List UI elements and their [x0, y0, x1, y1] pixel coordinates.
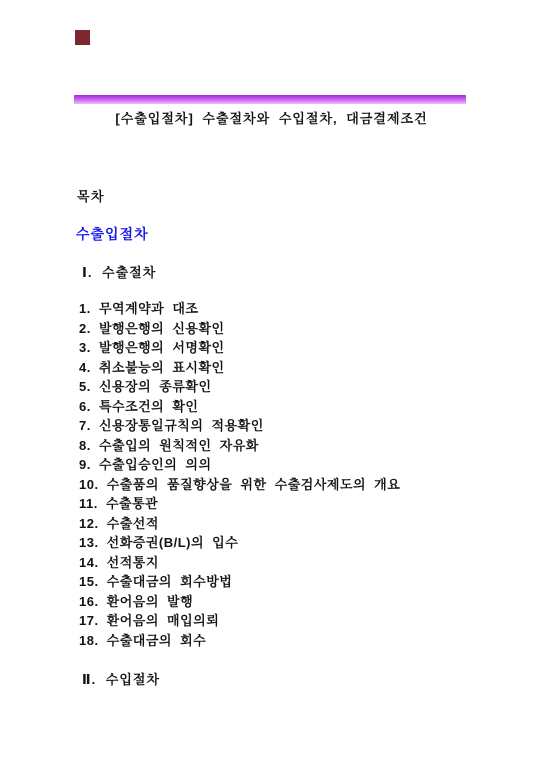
toc-item: 17. 환어음의 매입의뢰	[79, 611, 400, 631]
page-title: [수출입절차] 수출절차와 수입절차, 대금결제조건	[0, 108, 543, 127]
toc-item: 8. 수출입의 원칙적인 자유화	[79, 436, 400, 456]
toc-item: 18. 수출대금의 회수	[79, 631, 400, 651]
toc-item: 13. 선화증권(B/L)의 입수	[79, 533, 400, 553]
toc-item: 7. 신용장통일규칙의 적용확인	[79, 416, 400, 436]
toc-item: 12. 수출선적	[79, 514, 400, 534]
toc-item: 5. 신용장의 종류확인	[79, 377, 400, 397]
doc-link[interactable]: 수출입절차	[76, 224, 149, 244]
document-page: [수출입절차] 수출절차와 수입절차, 대금결제조건 목차 수출입절차 Ⅰ. 수…	[0, 0, 543, 768]
toc-heading: 목차	[77, 186, 105, 205]
toc-item: 6. 특수조건의 확인	[79, 397, 400, 417]
section-heading-import: Ⅱ. 수입절차	[82, 669, 160, 688]
corner-mark-square	[75, 30, 90, 45]
section-heading-export: Ⅰ. 수출절차	[82, 262, 156, 281]
toc-item: 1. 무역계약과 대조	[79, 299, 400, 319]
toc-item: 3. 발행은행의 서명확인	[79, 338, 400, 358]
toc-item: 10. 수출품의 품질향상을 위한 수출검사제도의 개요	[79, 475, 400, 495]
toc-item: 2. 발행은행의 신용확인	[79, 319, 400, 339]
toc-list: 1. 무역계약과 대조 2. 발행은행의 신용확인 3. 발행은행의 서명확인 …	[79, 299, 400, 650]
toc-item: 4. 취소불능의 표시확인	[79, 358, 400, 378]
toc-item: 15. 수출대금의 회수방법	[79, 572, 400, 592]
toc-item: 14. 선적통지	[79, 553, 400, 573]
divider-bar	[74, 95, 466, 104]
toc-item: 11. 수출통관	[79, 494, 400, 514]
toc-item: 16. 환어음의 발행	[79, 592, 400, 612]
toc-item: 9. 수출입승인의 의의	[79, 455, 400, 475]
